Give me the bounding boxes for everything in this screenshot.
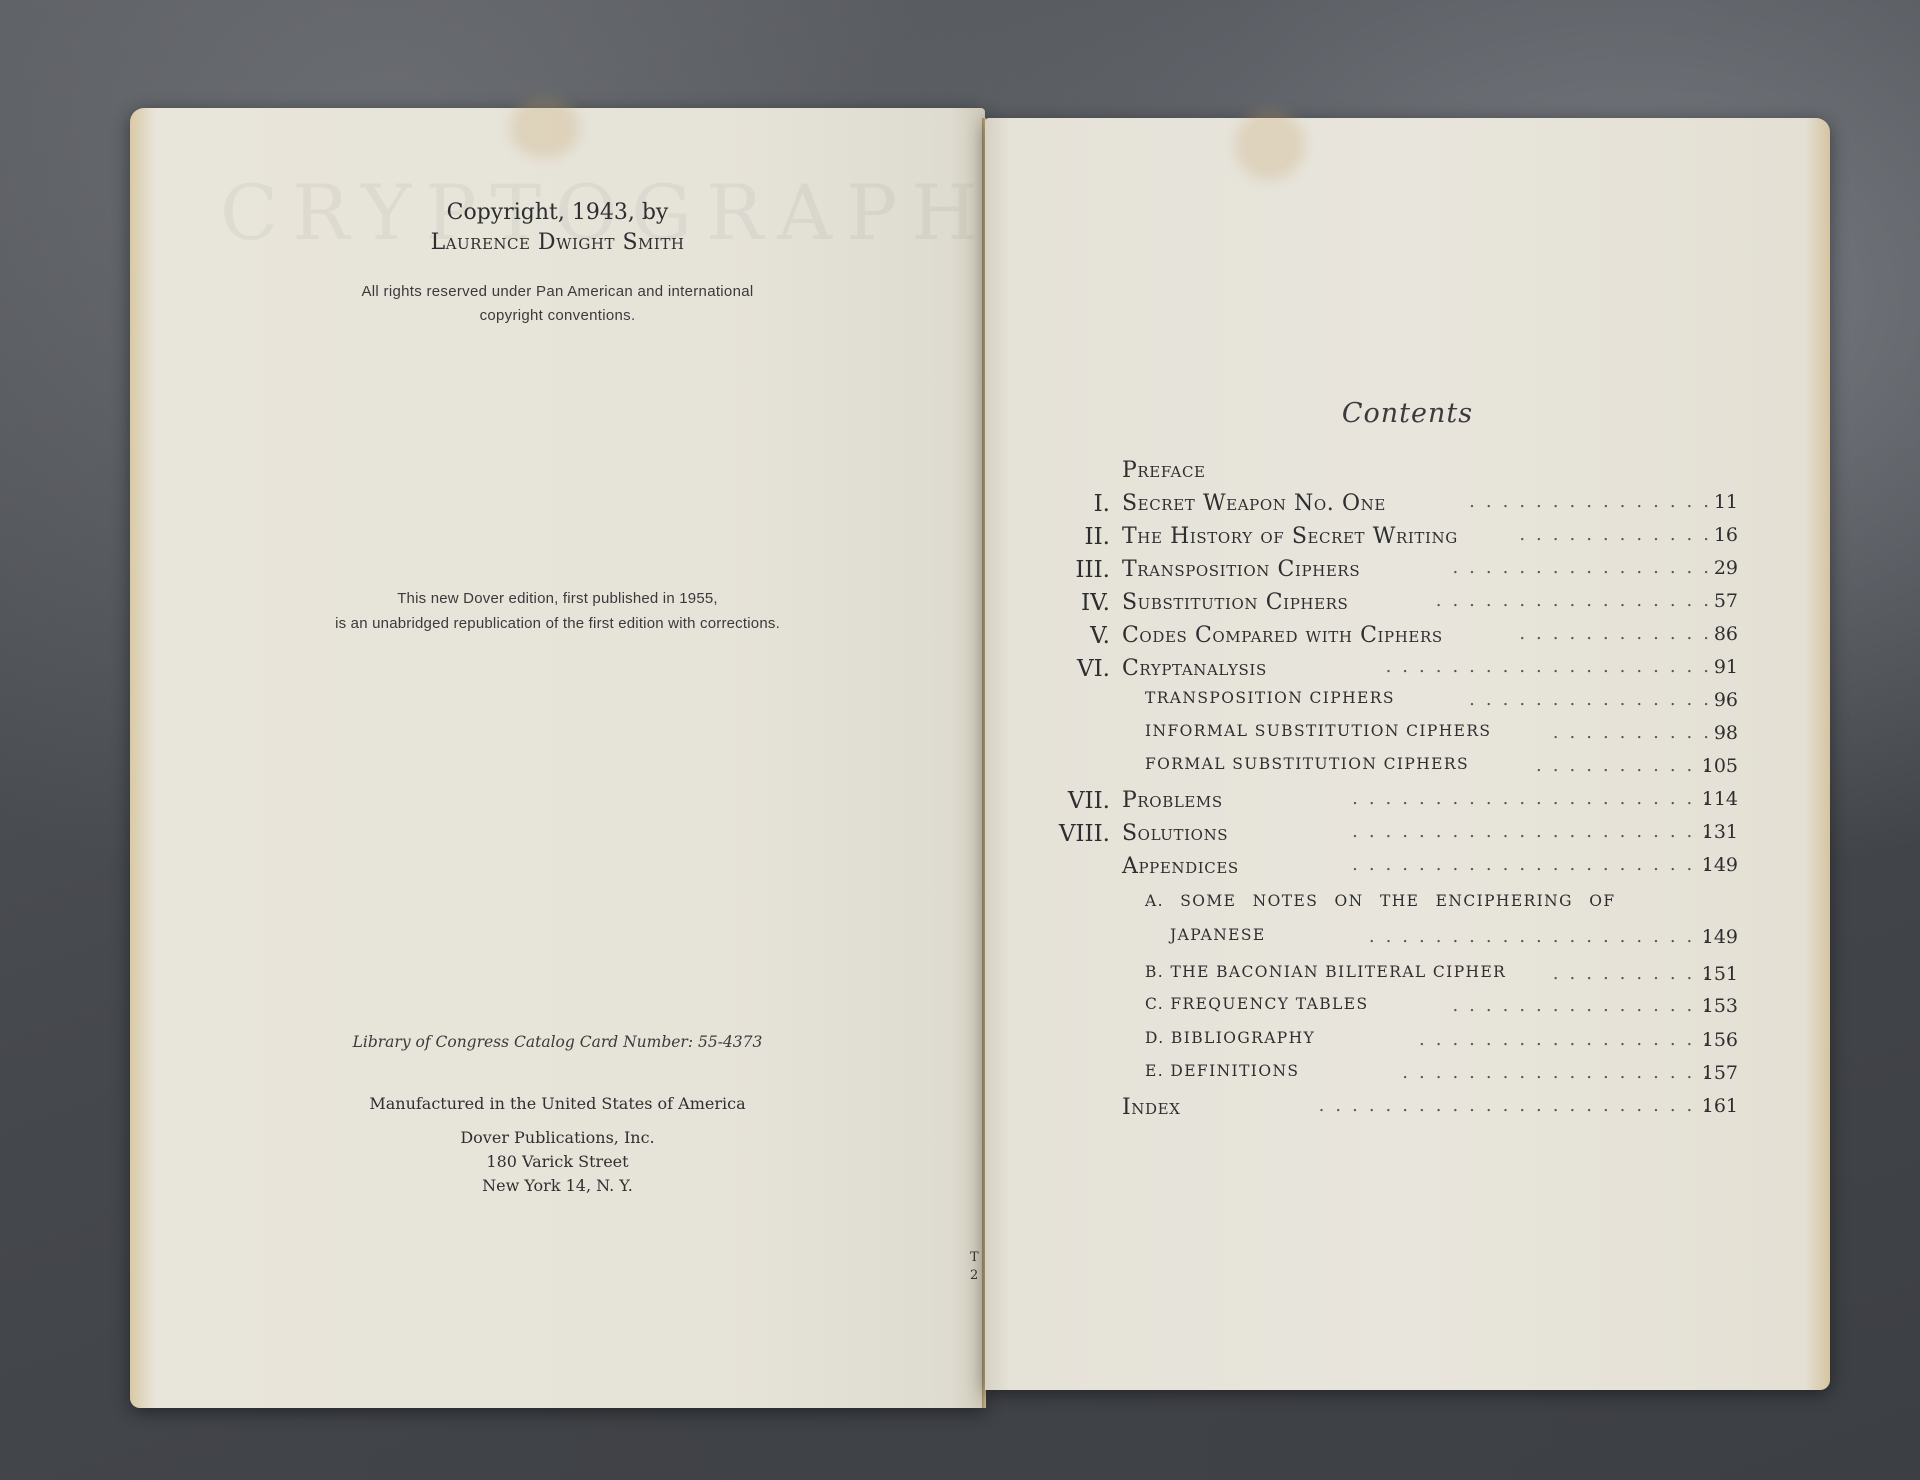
toc-page-number: 105 [1678,755,1738,777]
toc-entry: A. some notes on the enciphering of [985,892,1830,922]
toc-page-number: 29 [1678,557,1738,579]
toc-page-number: 11 [1678,491,1738,513]
toc-leader-dots: .................... [1281,656,1720,677]
toc-entry: formal substitution ciphers...........10… [985,755,1830,785]
toc-chapter-number: III. [1075,557,1110,583]
gutter-mark: T [970,1250,979,1265]
rights-line: copyright conventions. [130,304,985,328]
publisher-city: New York 14, N. Y. [130,1175,985,1197]
rights-line: All rights reserved under Pan American a… [130,280,985,304]
rights-notice: All rights reserved under Pan American a… [130,280,985,328]
toc-leader-dots: ................... [1313,1062,1720,1083]
toc-entry-title: formal substitution ciphers [1145,755,1469,773]
toc-leader-dots: ...................... [1253,854,1720,875]
toc-page-number: 114 [1678,788,1738,810]
toc-entry: Preface [985,458,1830,488]
toc-entry-title: A. some notes on the enciphering of [1145,892,1616,910]
toc-entry-title: Problems [1122,788,1223,813]
toc-entry-title: Preface [1122,458,1206,483]
toc-leader-dots: ............... [1400,491,1720,512]
toc-entry: VII.Problems......................114 [985,788,1830,818]
toc-page-number: 98 [1678,722,1738,744]
toc-entry-title: Cryptanalysis [1122,656,1267,681]
author-name: Laurence Dwight Smith [130,228,985,258]
toc-leader-dots: ................. [1362,590,1720,611]
copyright-block: Copyright, 1943, by Laurence Dwight Smit… [130,198,985,258]
toc-entry-title: Solutions [1122,821,1228,846]
edition-line: is an unabridged republication of the fi… [130,611,985,636]
toc-entry-title: Codes Compared with Ciphers [1122,623,1443,648]
toc-page-number: 57 [1678,590,1738,612]
toc-entry: VIII.Solutions......................131 [985,821,1830,851]
toc-entry: transposition ciphers...............96 [985,689,1830,719]
toc-entry-title: C. frequency tables [1145,995,1368,1013]
toc-entry: D. bibliography..................156 [985,1029,1830,1059]
toc-entry: informal substitution ciphers..........9… [985,722,1830,752]
toc-entry: IV.Substitution Ciphers.................… [985,590,1830,620]
copyright-line: Copyright, 1943, by [130,198,985,228]
toc-entry-title: japanese [1170,926,1266,944]
toc-page-number: 131 [1678,821,1738,843]
toc-chapter-number: II. [1085,524,1110,550]
toc-entry: II.The History of Secret Writing........… [985,524,1830,554]
toc-entry: C. frequency tables................153 [985,995,1830,1025]
toc-entry: Appendices......................149 [985,854,1830,884]
gutter-mark: 2 [970,1268,978,1283]
toc-page-number: 157 [1678,1062,1738,1084]
toc-entry-title: Substitution Ciphers [1122,590,1348,615]
toc-entry-title: transposition ciphers [1145,689,1395,707]
toc-leader-dots: ..................... [1280,926,1720,947]
toc-chapter-number: VII. [1068,788,1110,814]
toc-leader-dots: ............... [1409,689,1720,710]
toc-chapter-number: I. [1094,491,1110,517]
toc-page-number: 153 [1678,995,1738,1017]
toc-entry-title: B. the baconian biliteral cipher [1145,963,1506,981]
copyright-page: CRYPTOGRAPHY Copyright, 1943, by Laurenc… [130,108,985,1408]
publisher-name: Dover Publications, Inc. [130,1127,985,1149]
toc-entry-title: Index [1122,1095,1180,1120]
toc-entry: japanese.....................149 [985,926,1830,956]
toc-leader-dots: ...................... [1237,788,1720,809]
toc-entry: B. the baconian biliteral cipher........… [985,963,1830,993]
toc-entry-title: Transposition Ciphers [1122,557,1360,582]
toc-leader-dots: .................. [1329,1029,1720,1050]
manufactured-line: Manufactured in the United States of Ame… [130,1093,985,1115]
toc-page-number: 86 [1678,623,1738,645]
toc-page-number: 149 [1678,926,1738,948]
publisher-block: Manufactured in the United States of Ame… [130,1093,985,1199]
edition-notice: This new Dover edition, first published … [130,586,985,636]
toc-entry-title: D. bibliography [1145,1029,1315,1047]
toc-chapter-number: VIII. [1059,821,1110,847]
toc-entry: VI.Cryptanalysis....................91 [985,656,1830,686]
toc-chapter-number: VI. [1077,656,1110,682]
toc-entry-title: E. definitions [1145,1062,1299,1080]
toc-page-number: 16 [1678,524,1738,546]
toc-leader-dots: ................ [1374,557,1720,578]
publisher-street: 180 Varick Street [130,1151,985,1173]
toc-leader-dots: ...................... [1242,821,1720,842]
lccn-number: Library of Congress Catalog Card Number:… [130,1033,985,1051]
contents-page: Contents PrefaceI.Secret Weapon No. One.… [985,118,1830,1390]
toc-entry-title: Appendices [1122,854,1239,879]
toc-page-number: 161 [1678,1095,1738,1117]
toc-page-number: 96 [1678,689,1738,711]
toc-entry: E. definitions...................157 [985,1062,1830,1092]
toc-chapter-number: V. [1090,623,1110,649]
toc-entry-title: informal substitution ciphers [1145,722,1491,740]
toc-entry-title: Secret Weapon No. One [1122,491,1386,516]
toc-entry-title: The History of Secret Writing [1122,524,1458,549]
edition-line: This new Dover edition, first published … [130,586,985,611]
toc-page-number: 156 [1678,1029,1738,1051]
contents-title: Contents [985,398,1830,429]
toc-entry: I.Secret Weapon No. One...............11 [985,491,1830,521]
toc-entry: Index........................161 [985,1095,1830,1125]
toc-chapter-number: IV. [1081,590,1110,616]
toc-page-number: 149 [1678,854,1738,876]
toc-entry: III.Transposition Ciphers...............… [985,557,1830,587]
toc-entry: V.Codes Compared with Ciphers...........… [985,623,1830,653]
toc-page-number: 91 [1678,656,1738,678]
toc-page-number: 151 [1678,963,1738,985]
toc-leader-dots: ................ [1382,995,1720,1016]
toc-leader-dots: ........................ [1194,1095,1720,1116]
